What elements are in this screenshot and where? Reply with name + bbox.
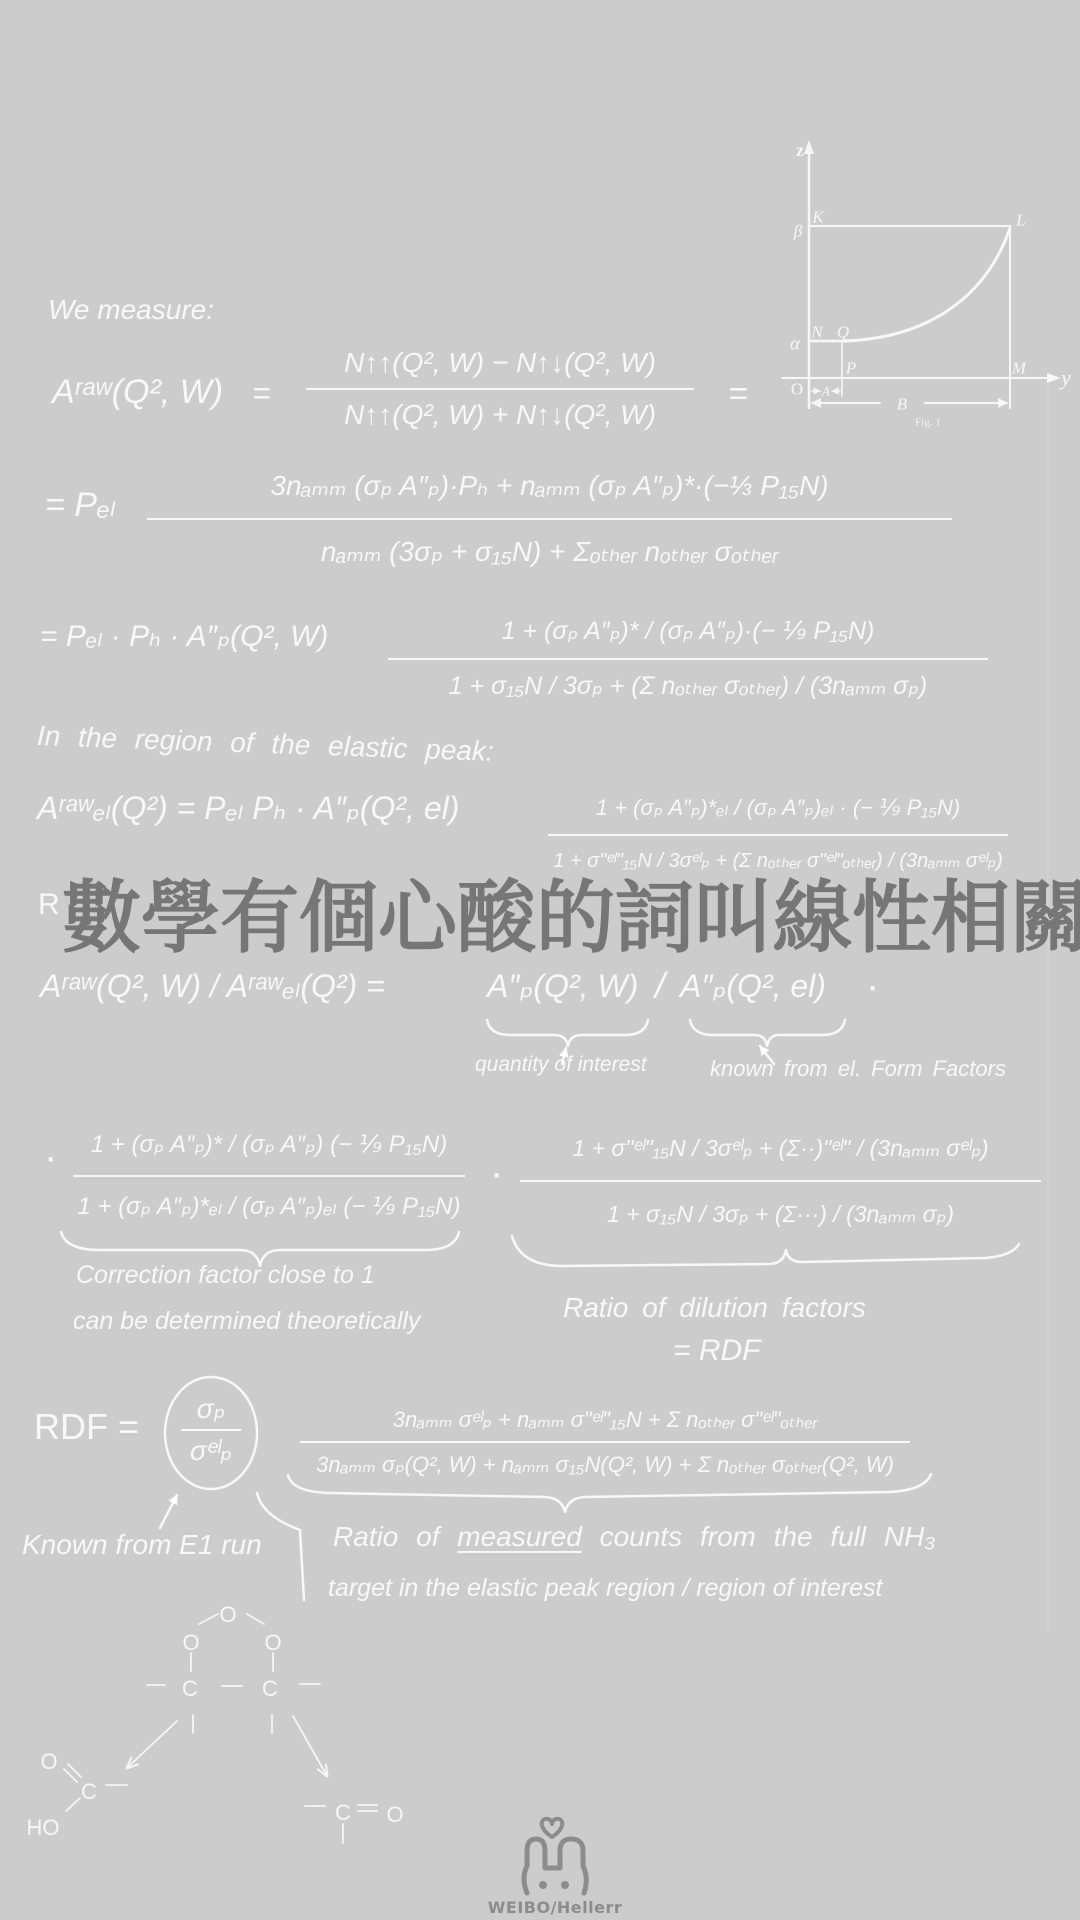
page-title: 數學有個心酸的詞叫線性相關 — [62, 879, 1080, 958]
bunny-eye-left — [539, 1881, 547, 1889]
heart-icon — [542, 1819, 563, 1837]
bunny-ears-outline — [524, 1839, 586, 1893]
wallpaper-canvas: z K β L α N Q P M O A B y Fig. 1 We meas… — [0, 0, 1080, 1920]
watermark-text: WEIBO/Hellerr — [488, 1900, 623, 1916]
bunny-eye-right — [561, 1881, 569, 1889]
